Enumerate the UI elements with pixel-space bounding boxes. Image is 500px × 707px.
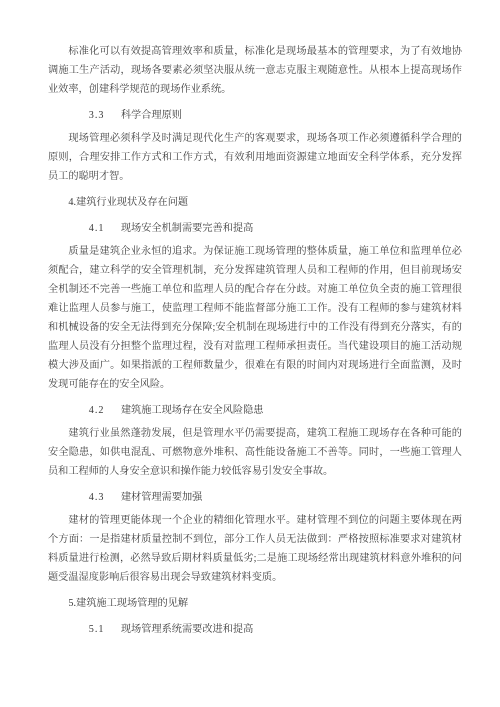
chapter-heading-5: 5.建筑施工现场管理的见解 xyxy=(48,594,462,613)
subsection-number: 5.1 xyxy=(68,620,104,639)
subsection-heading-4-2: 4.2建筑施工现场存在安全风险隐患 xyxy=(48,401,462,420)
paragraph-safety-risks: 建筑行业虽然蓬勃发展，但是管理水平仍需要提高，建筑工程施工现场存在各种可能的安全… xyxy=(48,424,462,481)
subsection-heading-5-1: 5.1现场管理系统需要改进和提高 xyxy=(48,620,462,639)
chapter-heading-4: 4.建筑行业现状及存在问题 xyxy=(48,193,462,212)
subsection-heading-4-3: 4.3建材管理需要加强 xyxy=(48,488,462,507)
paragraph-safety-mechanism: 质量是建筑企业永恒的追求。为保证施工现场管理的整体质量，施工单位和监理单位必须配… xyxy=(48,242,462,394)
paragraph-standardization: 标准化可以有效提高管理效率和质量，标准化是现场最基本的管理要求，为了有效地协调施… xyxy=(48,42,462,99)
subsection-title: 现场管理系统需要改进和提高 xyxy=(121,624,253,635)
subsection-number: 4.3 xyxy=(68,488,104,507)
document-page: 标准化可以有效提高管理效率和质量，标准化是现场最基本的管理要求，为了有效地协调施… xyxy=(0,0,500,707)
subsection-title: 科学合理原则 xyxy=(121,110,182,121)
subsection-heading-3-3: 3.3科学合理原则 xyxy=(48,106,462,125)
subsection-title: 建筑施工现场存在安全风险隐患 xyxy=(121,405,264,416)
subsection-number: 4.1 xyxy=(68,219,104,238)
paragraph-scientific-principle: 现场管理必须科学及时满足现代化生产的客观要求，现场各项工作必须遵循科学合理的原则… xyxy=(48,129,462,186)
paragraph-material-management: 建材的管理更能体现一个企业的精细化管理水平。建材管理不到位的问题主要体现在两个方… xyxy=(48,511,462,587)
subsection-title: 建材管理需要加强 xyxy=(121,492,203,503)
subsection-number: 3.3 xyxy=(68,106,104,125)
subsection-heading-4-1: 4.1现场安全机制需要完善和提高 xyxy=(48,219,462,238)
subsection-number: 4.2 xyxy=(68,401,104,420)
subsection-title: 现场安全机制需要完善和提高 xyxy=(121,223,253,234)
